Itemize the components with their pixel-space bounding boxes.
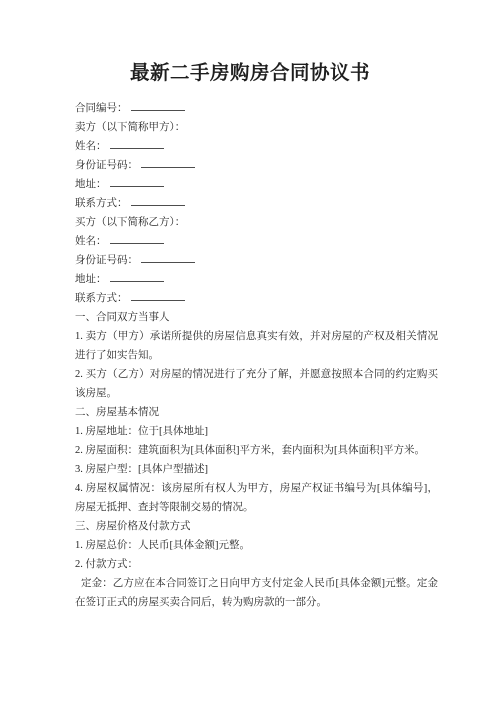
field-label: 卖方（以下简称甲方）： [75, 122, 185, 133]
document-title: 最新二手房购房合同协议书 [0, 0, 500, 87]
field-label: 地址： [75, 274, 107, 285]
clause-deposit: 定金：乙方应在本合同签订之日向甲方支付定金人民币[具体金额]元整。定金在签订正式… [75, 574, 438, 612]
field-label: 地址： [75, 179, 107, 190]
field-contract-number: 合同编号： [75, 99, 438, 118]
field-label: 身份证号码： [75, 255, 138, 266]
field-label: 合同编号： [75, 103, 128, 114]
buyer-address-field: 地址： [75, 270, 438, 289]
contract-document-page: 最新二手房购房合同协议书 合同编号： 卖方（以下简称甲方）： 姓名： 身份证号码… [0, 0, 500, 707]
buyer-id-number-field: 身份证号码： [75, 251, 438, 270]
seller-contact-field: 联系方式： [75, 194, 438, 213]
seller-address-field: 地址： [75, 175, 438, 194]
blank-underline [110, 271, 164, 282]
seller-party-label: 卖方（以下简称甲方）： [75, 118, 438, 137]
clause-house-address: 1. 房屋地址：位于[具体地址] [75, 422, 438, 441]
section-heading-price-payment: 三、房屋价格及付款方式 [75, 517, 438, 536]
blank-underline [110, 138, 164, 149]
section-heading-parties: 一、合同双方当事人 [75, 308, 438, 327]
field-label: 联系方式： [75, 293, 128, 304]
buyer-contact-field: 联系方式： [75, 289, 438, 308]
clause-payment-method: 2. 付款方式： [75, 555, 438, 574]
clause-house-ownership: 4. 房屋权属情况：该房屋所有权人为甲方，房屋产权证书编号为[具体编号]，房屋无… [75, 479, 438, 517]
buyer-name-field: 姓名： [75, 232, 438, 251]
document-body: 合同编号： 卖方（以下简称甲方）： 姓名： 身份证号码： 地址： 联系方式： 买… [0, 99, 500, 612]
clause-total-price: 1. 房屋总价：人民币[具体金额]元整。 [75, 536, 438, 555]
blank-underline [110, 233, 164, 244]
clause-house-area: 2. 房屋面积：建筑面积为[具体面积]平方米，套内面积为[具体面积]平方米。 [75, 441, 438, 460]
clause-buyer-understanding: 2. 买方（乙方）对房屋的情况进行了充分了解，并愿意按照本合同的约定购买该房屋。 [75, 365, 438, 403]
buyer-party-label: 买方（以下简称乙方）： [75, 213, 438, 232]
field-label: 身份证号码： [75, 160, 138, 171]
blank-underline [131, 290, 185, 301]
blank-underline [141, 157, 195, 168]
clause-seller-promise: 1. 卖方（甲方）承诺所提供的房屋信息真实有效，并对房屋的产权及相关情况进行了如… [75, 327, 438, 365]
field-label: 姓名： [75, 141, 107, 152]
clause-house-layout: 3. 房屋户型：[具体户型描述] [75, 460, 438, 479]
blank-underline [131, 195, 185, 206]
blank-underline [131, 100, 185, 111]
seller-id-number-field: 身份证号码： [75, 156, 438, 175]
field-label: 姓名： [75, 236, 107, 247]
field-label: 联系方式： [75, 198, 128, 209]
blank-underline [141, 252, 195, 263]
field-label: 买方（以下简称乙方）： [75, 217, 185, 228]
section-heading-house-info: 二、房屋基本情况 [75, 403, 438, 422]
blank-underline [110, 176, 164, 187]
seller-name-field: 姓名： [75, 137, 438, 156]
